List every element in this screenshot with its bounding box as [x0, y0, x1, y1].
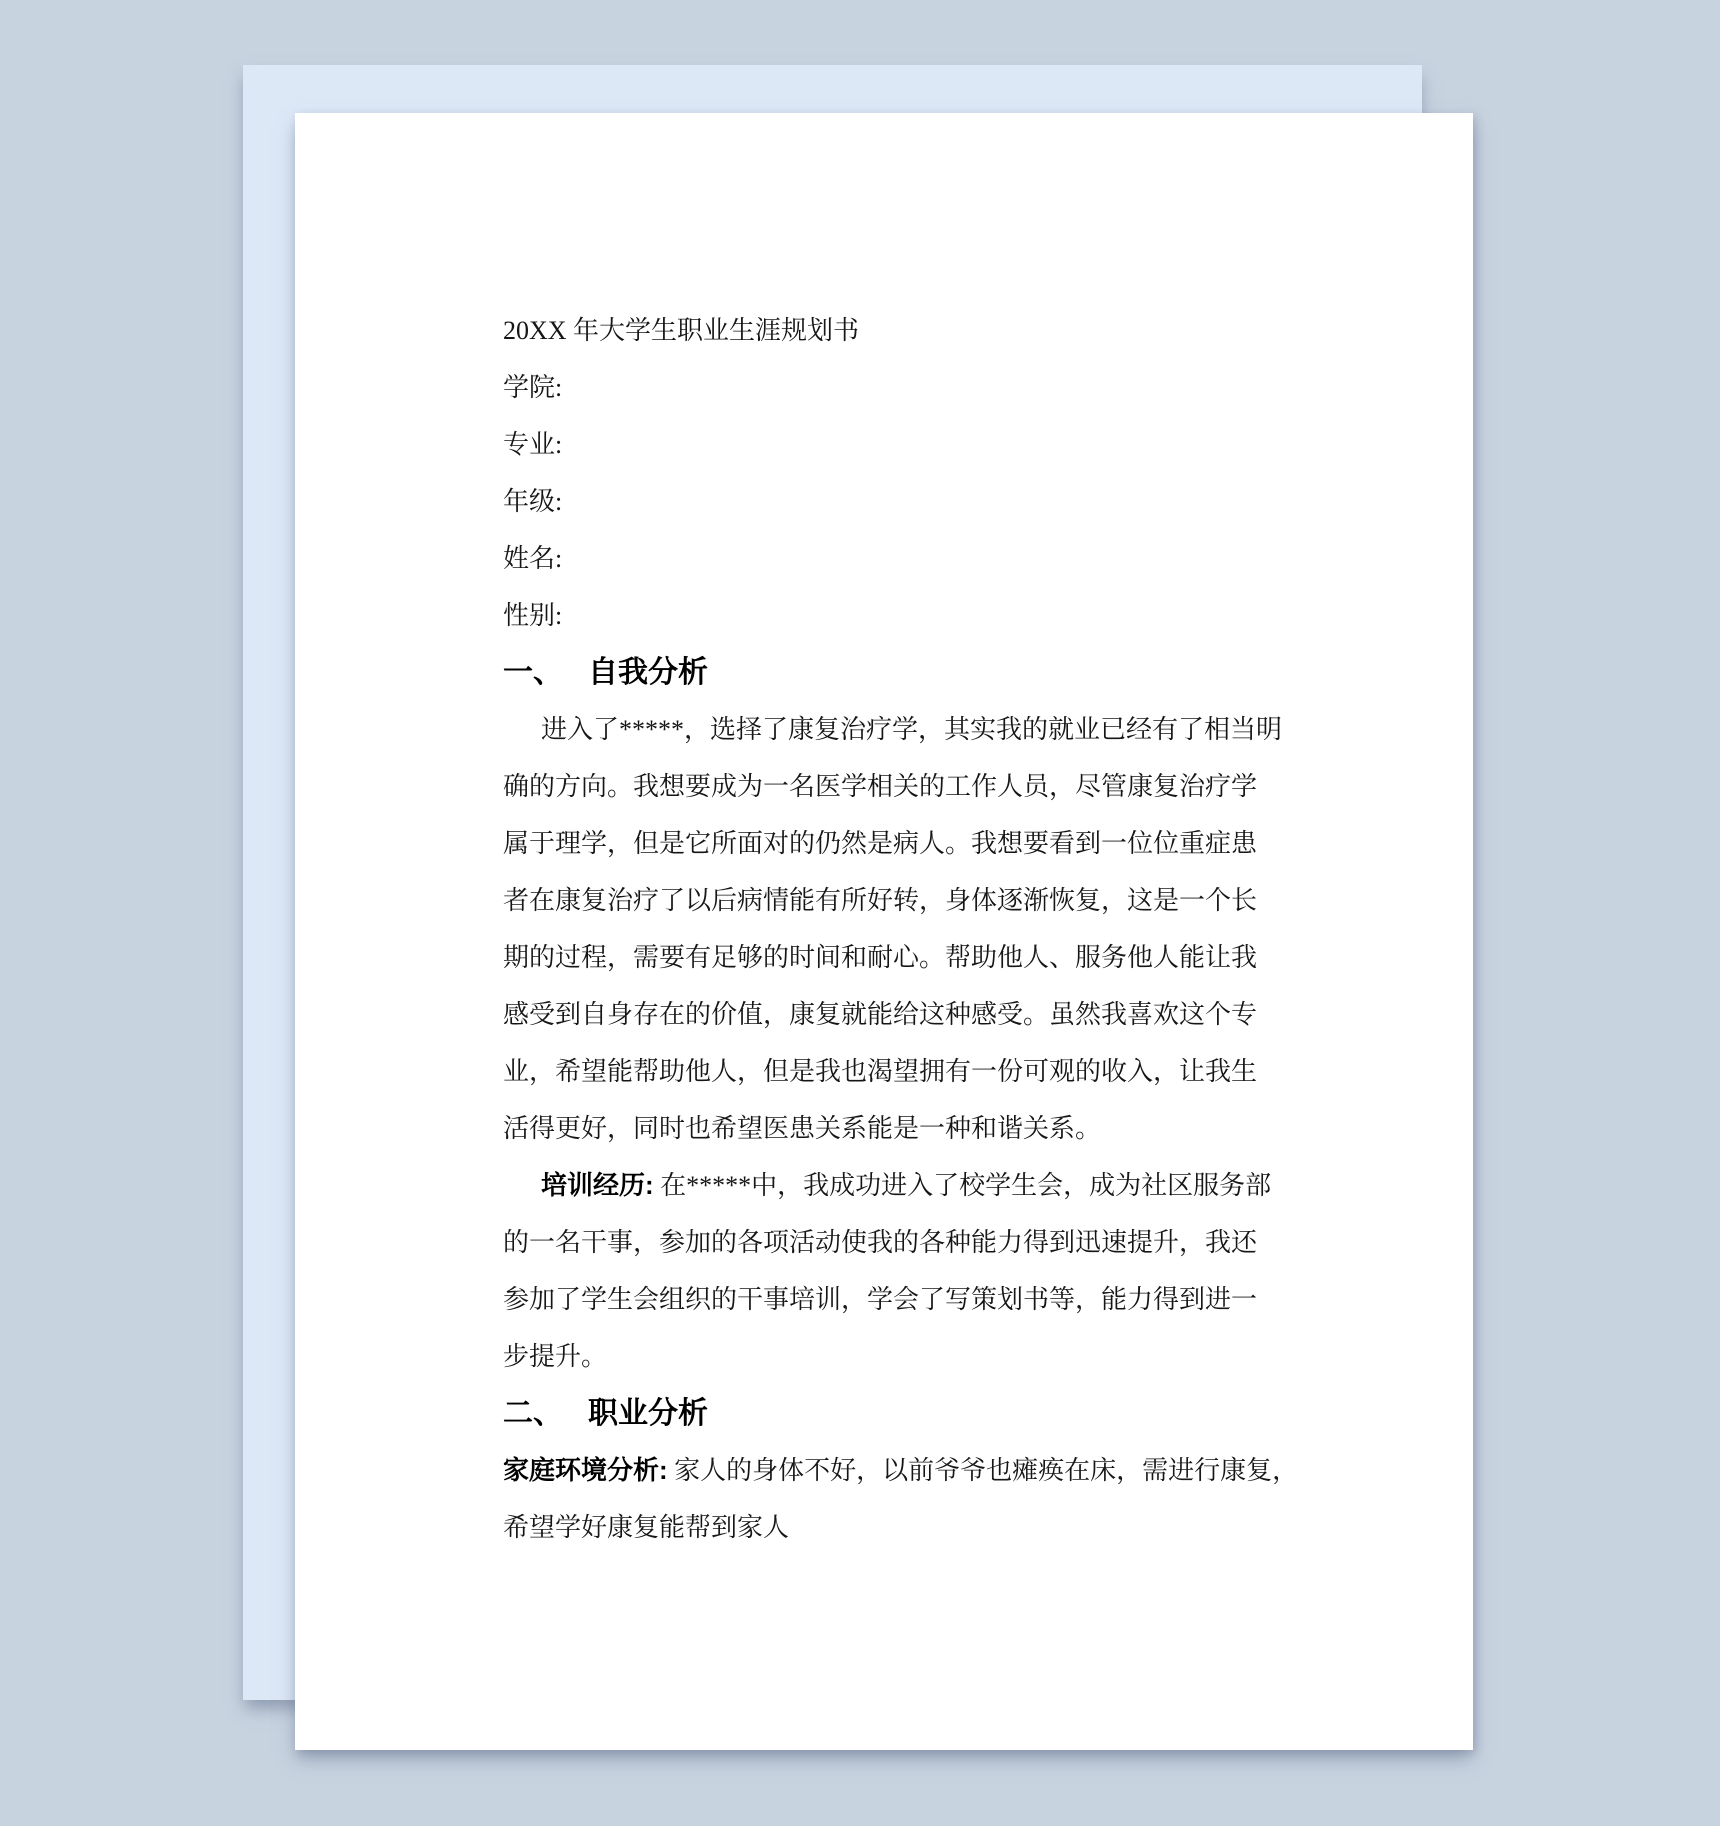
field-name: 姓名:: [503, 530, 1263, 587]
section-1-title: 自我分析: [588, 656, 708, 689]
paragraph-line: 确的方向。我想要成为一名医学相关的工作人员，尽管康复治疗学: [503, 758, 1263, 815]
paragraph-line: 培训经历: 在*****中，我成功进入了校学生会，成为社区服务部: [503, 1157, 1263, 1214]
paragraph-line: 步提升。: [503, 1328, 1263, 1385]
family-environment-label: 家庭环境分析:: [503, 1455, 668, 1485]
paragraph-line: 期的过程，需要有足够的时间和耐心。帮助他人、服务他人能让我: [503, 929, 1263, 986]
section-1-number: 一、: [503, 644, 588, 701]
paragraph-text: 家人的身体不好，以前爷爷也瘫痪在床，需进行康复，: [668, 1456, 1299, 1485]
paragraph-text: 在*****中，我成功进入了校学生会，成为社区服务部: [654, 1171, 1272, 1200]
document-content: 20XX 年大学生职业生涯规划书 学院: 专业: 年级: 姓名: 性别: 一、自…: [295, 113, 1473, 1556]
paragraph-line: 活得更好，同时也希望医患关系能是一种和谐关系。: [503, 1100, 1263, 1157]
paragraph-line: 业，希望能帮助他人，但是我也渴望拥有一份可观的收入，让我生: [503, 1043, 1263, 1100]
document-page: 20XX 年大学生职业生涯规划书 学院: 专业: 年级: 姓名: 性别: 一、自…: [295, 113, 1473, 1750]
paragraph-line: 参加了学生会组织的干事培训，学会了写策划书等，能力得到进一: [503, 1271, 1263, 1328]
field-grade: 年级:: [503, 473, 1263, 530]
paragraph-line: 感受到自身存在的价值，康复就能给这种感受。虽然我喜欢这个专: [503, 986, 1263, 1043]
training-experience-label: 培训经历:: [541, 1170, 654, 1200]
document-title: 20XX 年大学生职业生涯规划书: [503, 302, 1263, 359]
paragraph-line: 者在康复治疗了以后病情能有所好转，身体逐渐恢复，这是一个长: [503, 872, 1263, 929]
paragraph-line: 的一名干事，参加的各项活动使我的各种能力得到迅速提升，我还: [503, 1214, 1263, 1271]
paragraph-line: 家庭环境分析: 家人的身体不好，以前爷爷也瘫痪在床，需进行康复，: [503, 1442, 1263, 1499]
desktop-background: 20XX 年大学生职业生涯规划书 学院: 专业: 年级: 姓名: 性别: 一、自…: [0, 0, 1720, 1826]
section-2-title: 职业分析: [588, 1397, 708, 1430]
paragraph-line: 属于理学，但是它所面对的仍然是病人。我想要看到一位位重症患: [503, 815, 1263, 872]
section-2-heading: 二、职业分析: [503, 1385, 1263, 1442]
section-1-heading: 一、自我分析: [503, 644, 1263, 701]
paragraph-line: 进入了*****，选择了康复治疗学，其实我的就业已经有了相当明: [503, 701, 1263, 758]
field-major: 专业:: [503, 416, 1263, 473]
field-college: 学院:: [503, 359, 1263, 416]
field-gender: 性别:: [503, 587, 1263, 644]
paragraph-line: 希望学好康复能帮到家人: [503, 1499, 1263, 1556]
section-2-number: 二、: [503, 1385, 588, 1442]
